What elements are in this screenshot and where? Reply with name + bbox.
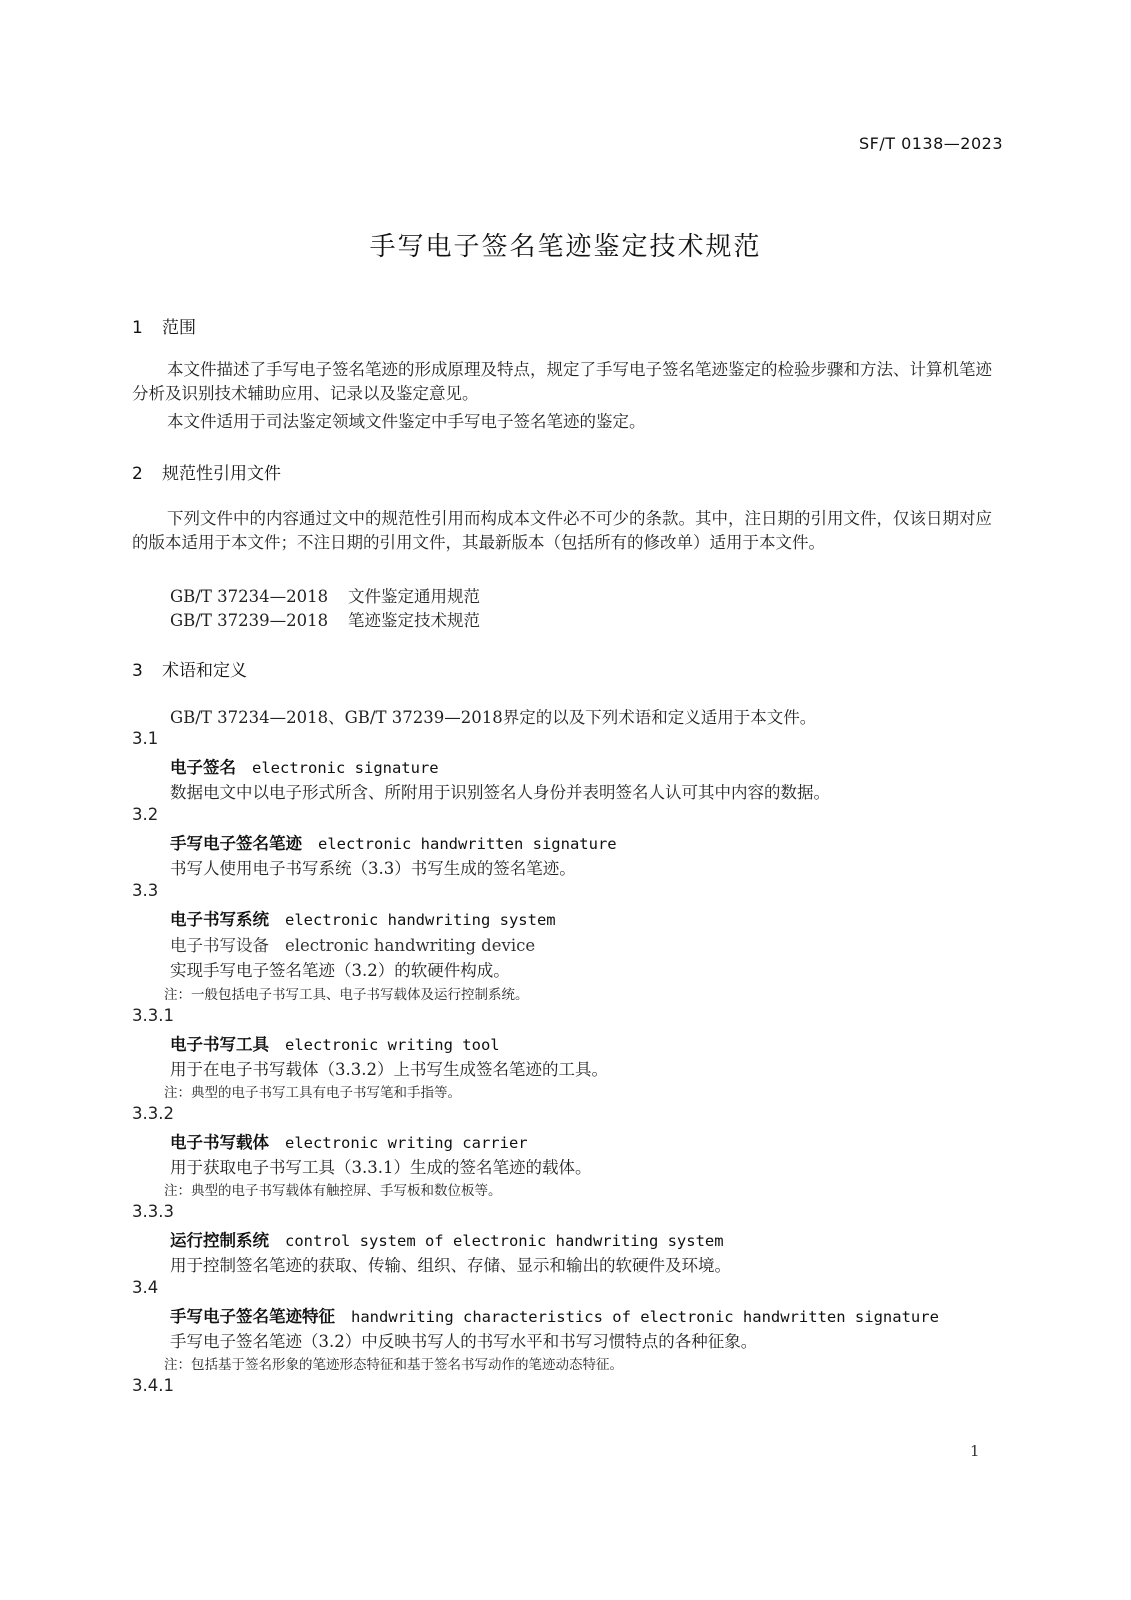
term-entry: 手写电子签名笔迹特征handwriting characteristics of… <box>170 1303 939 1327</box>
reference-item: GB/T 37234—2018文件鉴定通用规范 <box>170 583 480 607</box>
reference-code: GB/T 37234—2018 <box>170 587 348 606</box>
term-note: 注：典型的电子书写工具有电子书写笔和手指等。 <box>164 1081 461 1101</box>
term-entry: 电子书写载体electronic writing carrier <box>170 1129 528 1153</box>
clause-number: 3.3.2 <box>132 1104 174 1123</box>
document-title: 手写电子签名笔迹鉴定技术规范 <box>0 226 1131 263</box>
term-definition: 实现手写电子签名笔迹（3.2）的软硬件构成。 <box>170 957 510 981</box>
term-en: control system of electronic handwriting… <box>285 1232 724 1250</box>
section-heading-normative-references: 2规范性引用文件 <box>132 459 281 484</box>
section-heading-terms-definitions: 3术语和定义 <box>132 656 247 681</box>
standard-code: SF/T 0138—2023 <box>859 134 1003 153</box>
term-zh: 电子签名 <box>170 758 236 777</box>
section-title: 范围 <box>162 318 196 338</box>
scope-paragraph-1: 本文件描述了手写电子签名笔迹的形成原理及特点，规定了手写电子签名笔迹鉴定的检验步… <box>132 358 1004 406</box>
references-paragraph: 下列文件中的内容通过文中的规范性引用而构成本文件必不可少的条款。其中，注日期的引… <box>132 507 1004 555</box>
term-entry: 运行控制系统control system of electronic handw… <box>170 1227 724 1251</box>
scope-paragraph-2: 本文件适用于司法鉴定领域文件鉴定中手写电子签名笔迹的鉴定。 <box>132 410 1004 434</box>
term-note: 注：包括基于签名形象的笔迹形态特征和基于签名书写动作的笔迹动态特征。 <box>164 1353 623 1373</box>
term-entry: 电子书写工具electronic writing tool <box>170 1031 500 1055</box>
term-zh: 电子书写载体 <box>170 1133 269 1152</box>
clause-number: 3.3 <box>132 881 158 900</box>
term-note: 注：典型的电子书写载体有触控屏、手写板和数位板等。 <box>164 1179 502 1199</box>
section-number: 2 <box>132 464 162 484</box>
clause-number: 3.4.1 <box>132 1376 174 1395</box>
admitted-term-zh: 电子书写设备 <box>170 936 269 955</box>
term-en: electronic signature <box>252 759 439 777</box>
term-definition: 手写电子签名笔迹（3.2）中反映书写人的书写水平和书写习惯特点的各种征象。 <box>170 1328 757 1352</box>
term-definition: 书写人使用电子书写系统（3.3）书写生成的签名笔迹。 <box>170 855 576 879</box>
terms-intro: GB/T 37234—2018、GB/T 37239—2018界定的以及下列术语… <box>170 704 816 728</box>
clause-number: 3.1 <box>132 729 158 748</box>
reference-title: 文件鉴定通用规范 <box>348 587 480 606</box>
term-zh: 手写电子签名笔迹 <box>170 834 302 853</box>
reference-item: GB/T 37239—2018笔迹鉴定技术规范 <box>170 607 480 631</box>
term-entry: 电子书写系统electronic handwriting system <box>170 906 556 930</box>
term-definition: 数据电文中以电子形式所含、所附用于识别签名人身份并表明签名人认可其中内容的数据。 <box>170 779 830 803</box>
reference-code: GB/T 37239—2018 <box>170 611 348 630</box>
admitted-term: 电子书写设备electronic handwriting device <box>170 932 535 956</box>
term-definition: 用于在电子书写载体（3.3.2）上书写生成签名笔迹的工具。 <box>170 1056 608 1080</box>
term-zh: 运行控制系统 <box>170 1231 269 1250</box>
term-zh: 电子书写系统 <box>170 910 269 929</box>
term-entry: 手写电子签名笔迹electronic handwritten signature <box>170 830 617 854</box>
term-zh: 手写电子签名笔迹特征 <box>170 1307 335 1326</box>
clause-number: 3.4 <box>132 1278 158 1297</box>
admitted-term-en: electronic handwriting device <box>285 936 535 955</box>
term-definition: 用于获取电子书写工具（3.3.1）生成的签名笔迹的载体。 <box>170 1154 591 1178</box>
section-heading-scope: 1范围 <box>132 313 196 338</box>
term-en: electronic handwritten signature <box>318 835 617 853</box>
clause-number: 3.3.3 <box>132 1202 174 1221</box>
section-number: 1 <box>132 318 162 338</box>
reference-title: 笔迹鉴定技术规范 <box>348 611 480 630</box>
term-zh: 电子书写工具 <box>170 1035 269 1054</box>
term-en: electronic writing carrier <box>285 1134 528 1152</box>
term-definition: 用于控制签名笔迹的获取、传输、组织、存储、显示和输出的软硬件及环境。 <box>170 1252 731 1276</box>
section-number: 3 <box>132 661 162 681</box>
term-en: handwriting characteristics of electroni… <box>351 1308 939 1326</box>
page-number: 1 <box>970 1442 980 1460</box>
section-title: 规范性引用文件 <box>162 464 281 484</box>
term-note: 注：一般包括电子书写工具、电子书写载体及运行控制系统。 <box>164 983 529 1003</box>
term-en: electronic writing tool <box>285 1036 500 1054</box>
document-page: SF/T 0138—2023 手写电子签名笔迹鉴定技术规范 1范围 本文件描述了… <box>0 0 1131 1600</box>
clause-number: 3.3.1 <box>132 1006 174 1025</box>
term-en: electronic handwriting system <box>285 911 556 929</box>
section-title: 术语和定义 <box>162 661 247 681</box>
clause-number: 3.2 <box>132 805 158 824</box>
term-entry: 电子签名electronic signature <box>170 754 439 778</box>
